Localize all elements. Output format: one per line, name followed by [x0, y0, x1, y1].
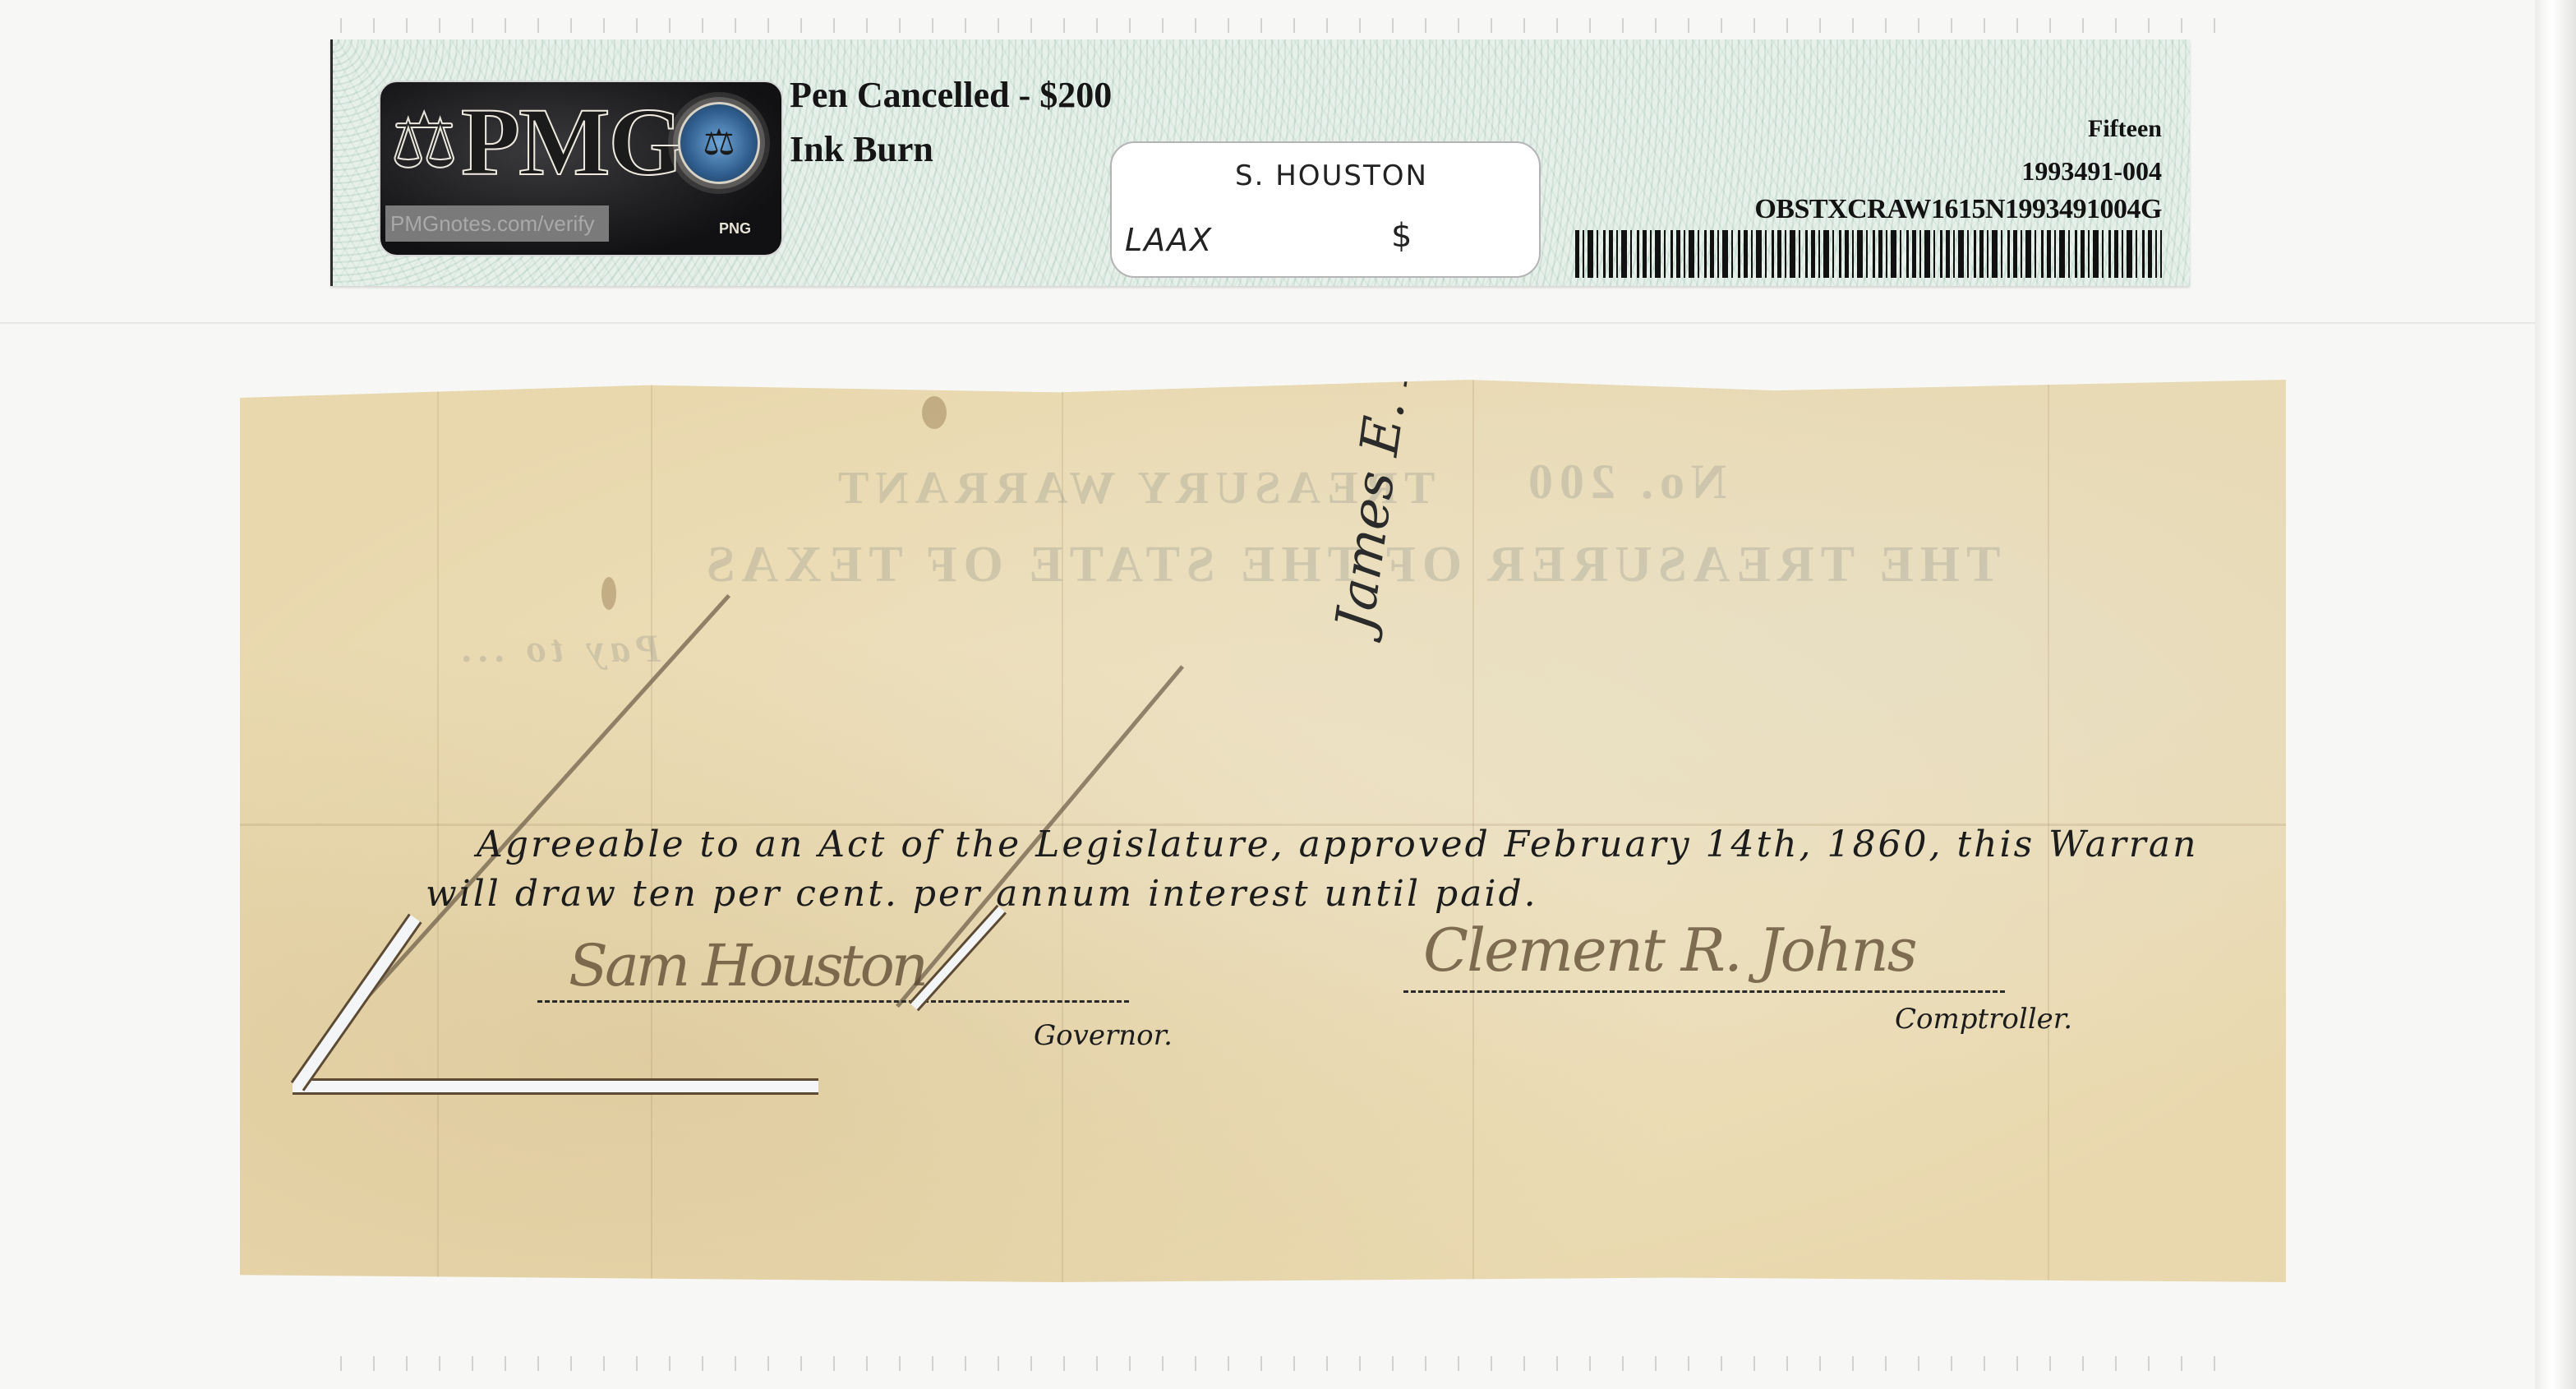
memo-dollar: $	[1391, 217, 1413, 255]
stain	[601, 577, 616, 610]
grade-word: Fifteen	[2088, 115, 2162, 143]
holder-label-divider	[0, 322, 2535, 325]
certification-number: 1993491-004	[2021, 156, 2162, 187]
fold-line	[437, 380, 439, 1282]
handwritten-memo-box: S. HOUSTON LAAX $	[1110, 141, 1541, 278]
governor-title: Governor.	[1034, 1019, 1173, 1052]
label-comment-2: Ink Burn	[790, 128, 933, 170]
barcode-text: OBSTXCRAW1615N1993491004G	[1754, 194, 2162, 225]
governor-signature: Sam Houston	[569, 932, 925, 999]
comptroller-signature: Clement R. Johns	[1423, 916, 1916, 985]
legend-line-1: Agreeable to an Act of the Legislature, …	[477, 824, 2198, 865]
governor-signature-line	[537, 1000, 1129, 1003]
ink-burn-hole	[293, 1078, 818, 1095]
holder-top-edge	[329, 18, 2219, 33]
comptroller-title: Comptroller.	[1895, 1003, 2072, 1036]
stain	[922, 396, 947, 429]
verify-url: PMGnotes.com/verify	[385, 205, 609, 242]
ink-burn-hole	[291, 913, 422, 1091]
holder-right-edge	[2535, 0, 2576, 1389]
bleed-through-pay-line: Pay to ...	[454, 626, 661, 671]
holder-bottom-edge	[329, 1356, 2219, 1371]
legend-line-2: will draw ten per cent. per annum intere…	[426, 873, 1538, 915]
label-comment-1: Pen Cancelled - $200	[790, 74, 1112, 116]
pmg-hologram: ⚖ PMG ⚖ PMGnotes.com/verify PNG	[379, 81, 783, 256]
memo-name: S. HOUSTON	[1235, 159, 1428, 192]
bleed-through-number: No. 200	[1522, 454, 1726, 510]
pmg-grading-label: ⚖ PMG ⚖ PMGnotes.com/verify PNG Pen Canc…	[330, 39, 2190, 286]
comptroller-signature-line	[1403, 990, 2005, 993]
scales-of-justice-icon: ⚖	[390, 104, 458, 179]
barcode	[1575, 230, 2162, 278]
pmg-logo: PMG	[461, 94, 682, 191]
treasury-warrant-back: TREASURY WARRANT THE TREASURER OF THE ST…	[240, 380, 2286, 1282]
memo-code: LAAX	[1125, 222, 1213, 258]
hologram-seal-icon: ⚖	[678, 102, 760, 184]
png-mark: PNG	[719, 220, 751, 238]
